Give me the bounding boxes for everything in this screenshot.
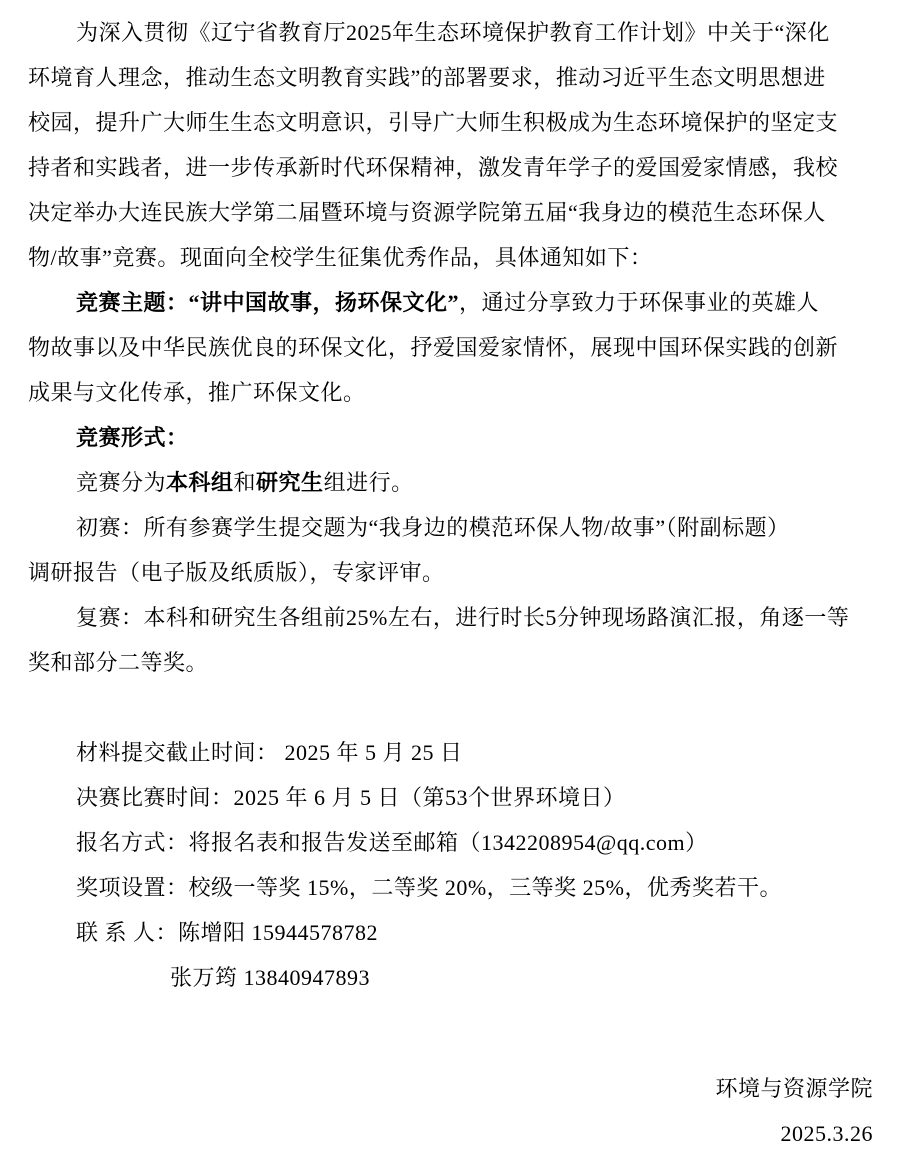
awards-line: 奖项设置：校级一等奖 15%，二等奖 20%，三等奖 25%，优秀奖若干。: [28, 865, 878, 910]
contact-line-1: 联 系 人：陈增阳 15944578782: [28, 910, 878, 955]
intro-line-1: 为深入贯彻《辽宁省教育厅2025年生态环境保护教育工作计划》中关于“深化: [28, 10, 878, 55]
intro-line-2: 环境育人理念，推动生态文明教育实践”的部署要求，推动习近平生态文明思想进: [28, 55, 878, 100]
theme-text-1: ，通过分享致力于环保事业的英雄人: [459, 290, 819, 315]
intro-line-6: 物/故事”竞赛。现面向全校学生征集优秀作品，具体通知如下：: [28, 235, 878, 280]
groups-line: 竞赛分为本科组和研究生组进行。: [28, 460, 878, 505]
signature-date: 2025.3.26: [28, 1111, 878, 1156]
document-body: 为深入贯彻《辽宁省教育厅2025年生态环境保护教育工作计划》中关于“深化 环境育…: [0, 0, 906, 1156]
signature-spacer: [28, 1000, 878, 1066]
deadline-line: 材料提交截止时间： 2025 年 5 月 25 日: [28, 730, 878, 775]
intro-line-3: 校园，提升广大师生生态文明意识，引导广大师生积极成为生态环境保护的坚定支: [28, 100, 878, 145]
signup-line: 报名方式：将报名表和报告发送至邮箱（1342208954@qq.com）: [28, 820, 878, 865]
groups-pre: 竞赛分为: [76, 470, 166, 495]
preliminary-line-2: 调研报告（电子版及纸质版），专家评审。: [28, 550, 878, 595]
contact-line-2: 张万筠 13840947893: [28, 955, 878, 1000]
blank-line: [28, 685, 878, 730]
semifinal-line-1: 复赛：本科和研究生各组前25%左右，进行时长5分钟现场路演汇报，角逐一等: [28, 595, 878, 640]
theme-line-3: 成果与文化传承，推广环保文化。: [28, 370, 878, 415]
groups-mid: 和: [234, 470, 257, 495]
preliminary-line-1: 初赛：所有参赛学生提交题为“我身边的模范环保人物/故事”（附副标题）: [28, 505, 878, 550]
format-heading: 竞赛形式：: [28, 415, 878, 460]
intro-line-5: 决定举办大连民族大学第二届暨环境与资源学院第五届“我身边的模范生态环保人: [28, 190, 878, 235]
groups-post: 组进行。: [324, 470, 414, 495]
signature-org: 环境与资源学院: [28, 1066, 878, 1111]
theme-line-2: 物故事以及中华民族优良的环保文化，抒爱国爱家情怀，展现中国环保实践的创新: [28, 325, 878, 370]
intro-line-4: 持者和实践者，进一步传承新时代环保精神，激发青年学子的爱国爱家情感，我校: [28, 145, 878, 190]
semifinal-line-2: 奖和部分二等奖。: [28, 640, 878, 685]
grad-group-label: 研究生: [256, 470, 324, 495]
final-date-line: 决赛比赛时间：2025 年 6 月 5 日（第53个世界环境日）: [28, 775, 878, 820]
theme-line-1: 竞赛主题：“讲中国故事，扬环保文化”，通过分享致力于环保事业的英雄人: [28, 280, 878, 325]
document-page: 为深入贯彻《辽宁省教育厅2025年生态环境保护教育工作计划》中关于“深化 环境育…: [0, 0, 906, 1168]
undergrad-group-label: 本科组: [166, 470, 234, 495]
theme-heading: 竞赛主题：“讲中国故事，扬环保文化”: [76, 290, 459, 315]
